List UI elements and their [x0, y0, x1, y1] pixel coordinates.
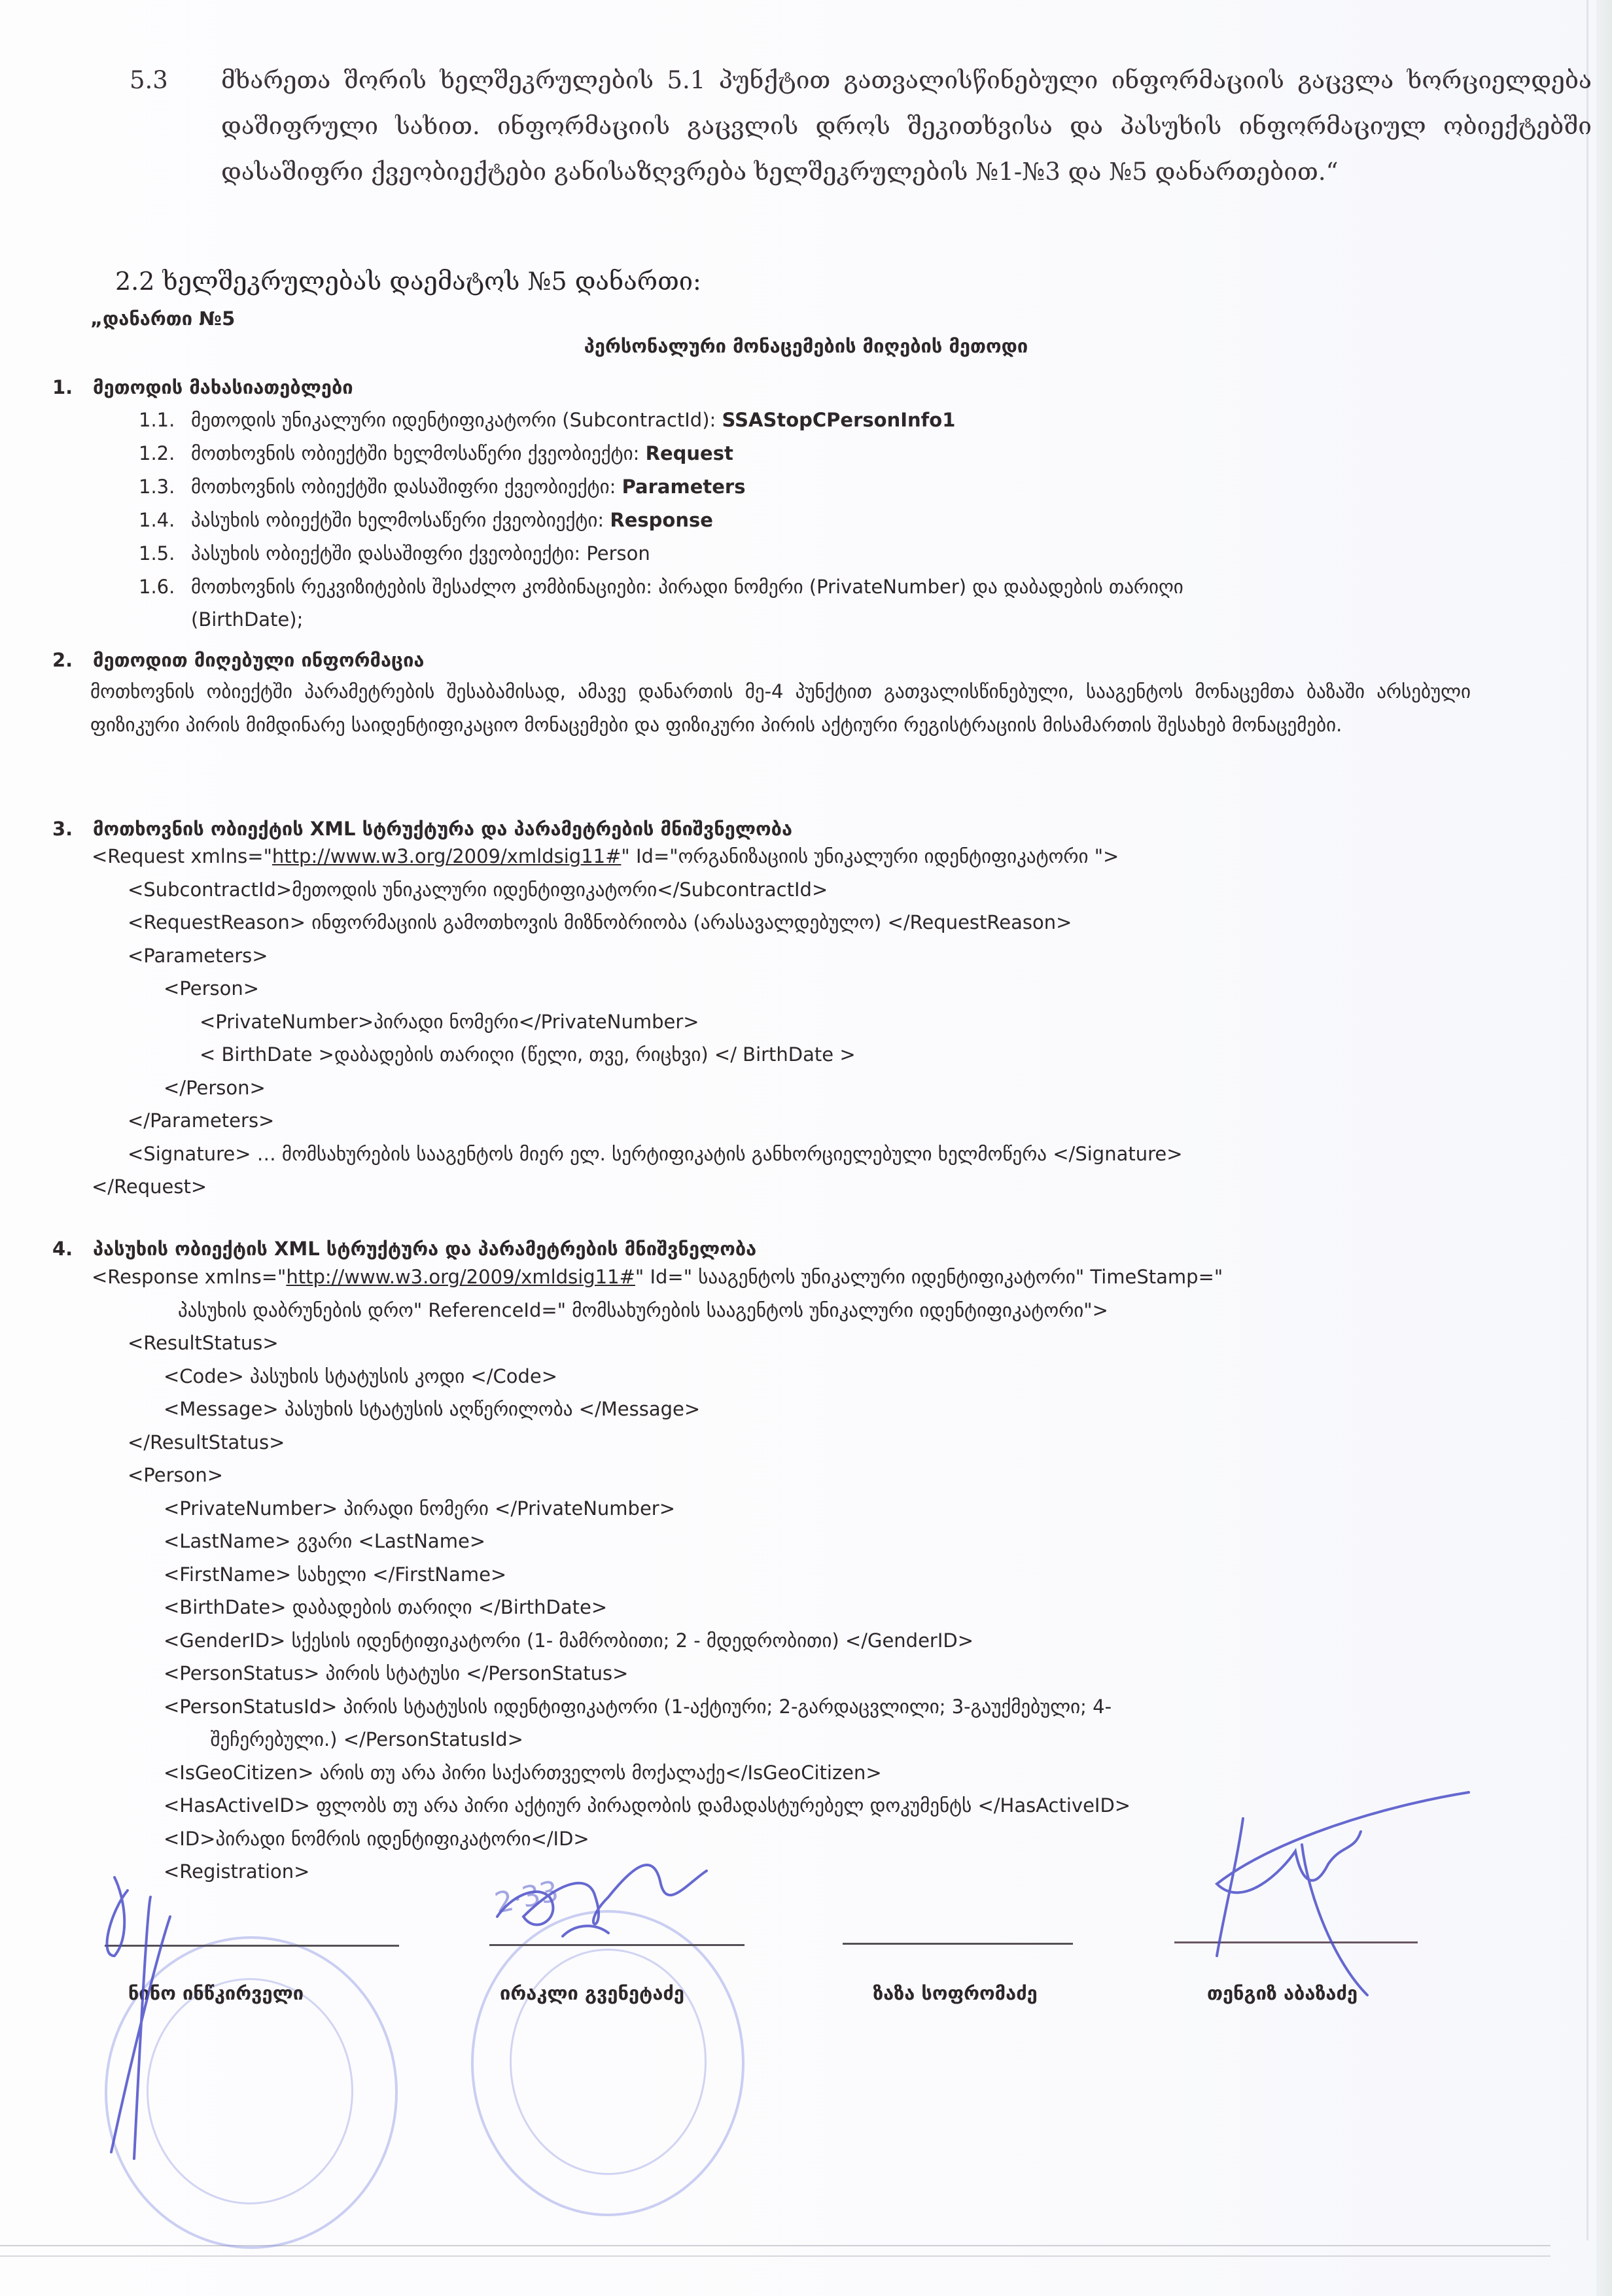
signature-1: [107, 1877, 170, 2159]
handwritten-signatures: 2·33: [0, 0, 1612, 2296]
signature-4: [1217, 1792, 1469, 1995]
